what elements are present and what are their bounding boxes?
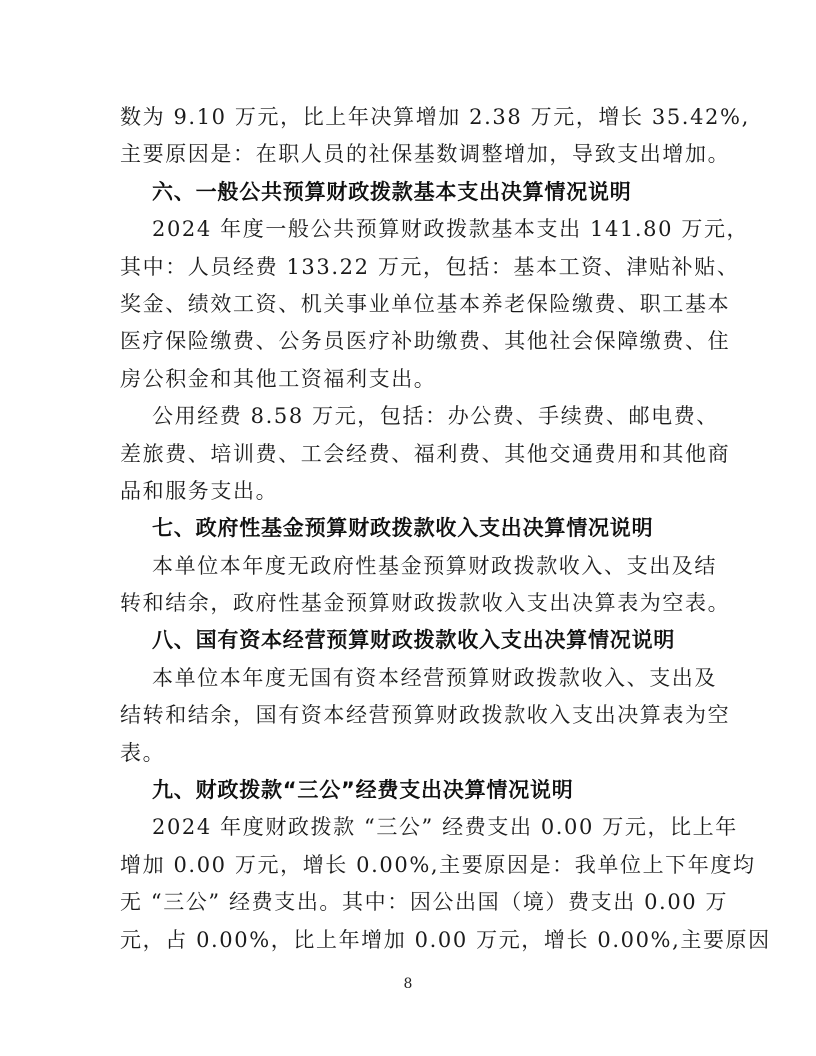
section-heading-6: 六、一般公共预算财政拨款基本支出决算情况说明 bbox=[120, 174, 770, 211]
section-heading-8: 八、国有资本经营预算财政拨款收入支出决算情况说明 bbox=[120, 622, 770, 659]
paragraph-line: 表。 bbox=[120, 735, 770, 772]
paragraph-line: 无 “三公” 经费支出。其中：因公出国（境）费支出 0.00 万 bbox=[120, 884, 770, 921]
paragraph-line: 奖金、绩效工资、机关事业单位基本养老保险缴费、职工基本 bbox=[120, 286, 770, 323]
paragraph-line: 公用经费 8.58 万元，包括：办公费、手续费、邮电费、 bbox=[120, 398, 770, 435]
section-heading-7: 七、政府性基金预算财政拨款收入支出决算情况说明 bbox=[120, 510, 770, 547]
document-body: 数为 9.10 万元，比上年决算增加 2.38 万元，增长 35.42%, 主要… bbox=[120, 99, 770, 959]
paragraph-line: 差旅费、培训费、工会经费、福利费、其他交通费用和其他商 bbox=[120, 436, 770, 473]
paragraph-line: 医疗保险缴费、公务员医疗补助缴费、其他社会保障缴费、住 bbox=[120, 323, 770, 360]
paragraph-line: 2024 年度财政拨款 “三公” 经费支出 0.00 万元，比上年 bbox=[120, 809, 770, 846]
paragraph-line: 本单位本年度无政府性基金预算财政拨款收入、支出及结 bbox=[120, 548, 770, 585]
section-heading-9: 九、财政拨款“三公”经费支出决算情况说明 bbox=[120, 772, 770, 809]
paragraph-line: 品和服务支出。 bbox=[120, 473, 770, 510]
paragraph-line: 增加 0.00 万元，增长 0.00%,主要原因是：我单位上下年度均 bbox=[120, 847, 770, 884]
paragraph-line: 其中：人员经费 133.22 万元，包括：基本工资、津贴补贴、 bbox=[120, 249, 770, 286]
paragraph-line: 数为 9.10 万元，比上年决算增加 2.38 万元，增长 35.42%, bbox=[120, 99, 770, 136]
paragraph-line: 2024 年度一般公共预算财政拨款基本支出 141.80 万元， bbox=[120, 211, 770, 248]
page-number: 8 bbox=[0, 974, 816, 994]
paragraph-line: 主要原因是：在职人员的社保基数调整增加，导致支出增加。 bbox=[120, 136, 770, 173]
paragraph-line: 本单位本年度无国有资本经营预算财政拨款收入、支出及 bbox=[120, 660, 770, 697]
paragraph-line: 房公积金和其他工资福利支出。 bbox=[120, 361, 770, 398]
paragraph-line: 转和结余，政府性基金预算财政拨款收入支出决算表为空表。 bbox=[120, 585, 770, 622]
paragraph-line: 元，占 0.00%，比上年增加 0.00 万元，增长 0.00%,主要原因 bbox=[120, 922, 770, 959]
document-page: 数为 9.10 万元，比上年决算增加 2.38 万元，增长 35.42%, 主要… bbox=[0, 0, 816, 1056]
paragraph-line: 结转和结余，国有资本经营预算财政拨款收入支出决算表为空 bbox=[120, 697, 770, 734]
